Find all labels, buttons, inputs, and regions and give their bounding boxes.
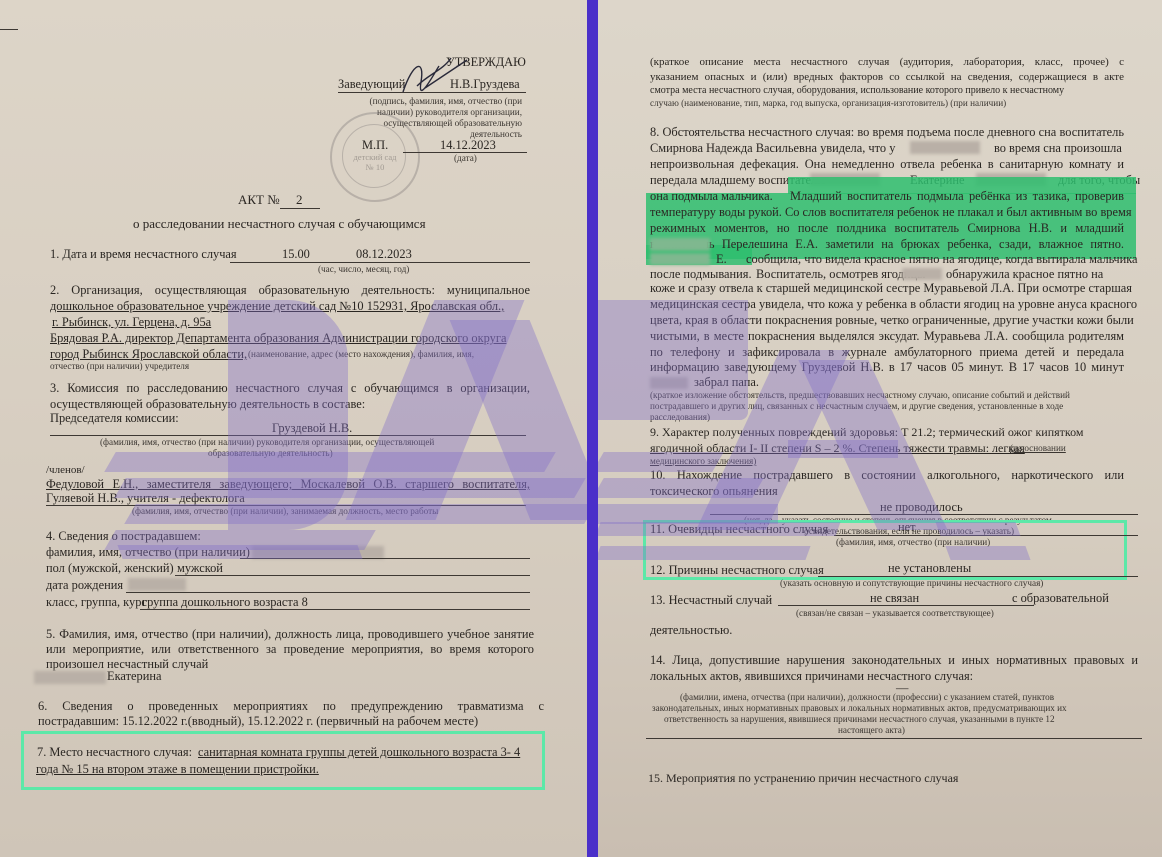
item8-line-11: коже и сразу отвела к старшей медицинско…	[650, 280, 1124, 296]
sex-value: мужской	[177, 560, 223, 576]
class-line	[140, 609, 530, 610]
victim-name-label: фамилия, имя, отчество (при наличии)	[46, 544, 250, 560]
redacted-child-name	[910, 141, 980, 154]
document-page-right: (краткое описание места несчастного случ…	[598, 0, 1162, 857]
incident-time: 15.00	[282, 246, 310, 262]
redacted-dob	[128, 578, 186, 591]
item2-caption-inline: (наименование, адрес (место нахождения),…	[248, 349, 474, 361]
members-line-2: Гуляевой Н.В., учителя - дефектолога	[46, 490, 245, 506]
item8-line-15: по телефону и зафиксировала в журнале ам…	[650, 344, 1124, 360]
act-title: АКТ №	[238, 192, 280, 208]
item8-caption-3: расследования)	[650, 412, 710, 424]
item8-line-16: информацию заведующему Груздевой Н.В. в …	[650, 359, 1124, 375]
item3-line-3: Председателя комиссии:	[50, 410, 179, 426]
item11-caption: (фамилия, имя, отчество (при наличии)	[836, 537, 990, 549]
class-label: класс, группа, курс	[46, 594, 147, 610]
item8-line-5b: Младший воспитатель подмыла ребёнка из т…	[790, 188, 1124, 204]
item8-line-3: непроизвольная дефекация. Она немедленно…	[650, 156, 1124, 172]
item14-line-1: 14. Лица, допустившие нарушения законода…	[650, 652, 1138, 668]
item10-line-2: токсического опьянения	[650, 483, 778, 499]
item7-label: 7. Место несчастного случая:	[37, 744, 192, 760]
redacted-child-name-3	[650, 377, 688, 389]
item1-caption: (час, число, месяц, год)	[318, 264, 409, 276]
item14-caption-1: (фамилии, имена, отчества (при наличии),…	[680, 692, 1054, 704]
stamp-text: детский сад № 10	[350, 152, 400, 172]
dob-label: дата рождения	[46, 577, 123, 593]
item15-label: 15. Мероприятия по устранению причин нес…	[648, 770, 958, 786]
item11-value: нет	[898, 519, 916, 535]
sex-label: пол (мужской, женский)	[46, 560, 174, 576]
item2-line-3: г. Рыбинск, ул. Герцена, д. 95а	[52, 314, 211, 330]
item8-line-9b: сообщила, что видела красное пятно на яг…	[746, 251, 1138, 267]
item13-caption: (связан/не связан – указывается соответс…	[796, 608, 994, 620]
item1-line	[230, 262, 530, 263]
item14-caption-4: настоящего акта)	[838, 725, 905, 737]
item8-caption-1: (краткое изложение обстоятельств, предше…	[650, 390, 1070, 402]
item1-label: 1. Дата и время несчастного случая	[50, 246, 237, 262]
chair-caption-1: (фамилия, имя, отчество (при наличии) ру…	[100, 437, 434, 449]
item12-label: 12. Причины несчастного случая	[650, 562, 824, 578]
item7-caption-4: случаю (наименование, тип, марка, год вы…	[650, 98, 1006, 110]
act-subtitle: о расследовании несчастного случая с обу…	[133, 216, 426, 232]
document-page-left: УТВЕРЖДАЮ Заведующий Н.В.Груздева (подпи…	[0, 0, 587, 857]
item13-line	[778, 605, 1034, 606]
item14-caption-3: ответственность за нарушения, явившиеся …	[664, 714, 1055, 726]
item14-caption-2: законодательных, иных нормативных правов…	[652, 703, 1067, 715]
item13-value: не связан	[870, 590, 919, 606]
item12-caption: (указать основную и сопутствующие причин…	[780, 578, 1043, 590]
approval-date-caption: (дата)	[454, 153, 477, 165]
item8-line-5a: она подмыла мальчика.	[650, 188, 773, 204]
official-stamp: детский сад № 10	[330, 112, 420, 202]
item8-line-1: 8. Обстоятельства несчастного случая: во…	[650, 124, 1124, 140]
victim-name-line	[240, 558, 530, 559]
commission-chair: Груздевой Н.В.	[272, 420, 352, 436]
act-number-line	[280, 208, 320, 209]
item9-line-1: 9. Характер полученных повреждений здоро…	[650, 424, 1083, 440]
item2-line-4: Брядовая Р.А. директор Департамента обра…	[50, 330, 506, 346]
item8-line-6: температуру воды рукой. Со слов воспитат…	[650, 204, 1132, 220]
item5-value: Екатерина	[107, 668, 161, 684]
item5-line-2: или мероприятие, или ответственного за п…	[46, 641, 534, 657]
item10-line-1: 10. Нахождение пострадавшего в состоянии…	[650, 467, 1124, 483]
incident-date: 08.12.2023	[356, 246, 412, 262]
item12-line	[818, 576, 1138, 577]
redacted-surname	[650, 253, 710, 265]
item11-label: 11. Очевидцы несчастного случая	[650, 521, 828, 537]
item7-value-line-2: года № 15 на втором этаже в помещении пр…	[36, 761, 319, 777]
item7-caption-1: (краткое описание места несчастного случ…	[650, 54, 1124, 70]
item14-line-2: локальных актов, явившихся причинами нес…	[650, 668, 973, 684]
dob-line	[126, 592, 530, 593]
sex-line	[175, 575, 530, 576]
seal-label: М.П.	[362, 137, 388, 153]
item13-line-2: деятельностью.	[650, 622, 732, 638]
item8-line-12: медицинская сестра увидела, что кожа у р…	[650, 296, 1124, 312]
redacted-assistant-name	[650, 238, 710, 251]
item9-line-2: ягодичной области I- II степени S – 2 %.…	[650, 440, 1025, 456]
item4-label: 4. Сведения о пострадавшем:	[46, 528, 201, 544]
item8-line-2a: Смирнова Надежда Васильевна увидела, что…	[650, 140, 895, 156]
item8-line-13: цвета, края в области покраснения ровные…	[650, 312, 1124, 328]
signature-icon	[395, 52, 475, 100]
item3-line-1: 3. Комиссия по расследованию несчастного…	[50, 380, 530, 396]
item7-caption-3: смотра места несчастного случая, оборудо…	[650, 83, 1064, 99]
edge-mark	[0, 29, 18, 30]
item8-line-17: забрал папа.	[694, 374, 759, 390]
item6-line-1: 6. Сведения о проведенных мероприятиях п…	[38, 698, 544, 714]
item7-value-line-1: санитарная комната группы детей дошкольн…	[198, 744, 520, 760]
members-caption: (фамилия, имя, отчество (при наличии), з…	[132, 506, 438, 518]
item8-line-2b: во время сна произошла	[994, 140, 1122, 156]
page-divider	[587, 0, 598, 857]
chair-caption-2: образовательную деятельность)	[208, 448, 333, 460]
item9-note-1: (на основании	[1010, 443, 1066, 455]
item8-line-9a: Е.	[716, 251, 727, 267]
approval-caption-1: (подпись, фамилия, имя, отчество (при	[358, 96, 522, 108]
item13-suffix: с образовательной	[1012, 590, 1109, 606]
approval-date: 14.12.2023	[440, 137, 496, 153]
item8-line-7: режимных моментов, но после полдника вос…	[650, 220, 1124, 236]
item14-line	[646, 738, 1142, 739]
redacted-child-name-2	[902, 268, 942, 280]
item8-caption-2: пострадавшего и других лиц, связанных с …	[650, 401, 1063, 413]
item8-line-14: чистыми, в месте покраснения выделялся э…	[650, 328, 1124, 344]
item2-line-2: дошкольное образовательное учреждение де…	[50, 298, 504, 314]
chair-line	[50, 435, 526, 436]
item8-line-8: воспитатель Перелешина Е.А. заметили на …	[650, 236, 1124, 252]
item2-line-5: город Рыбинск Ярославской области,	[50, 346, 247, 362]
redacted-staff-surname	[34, 671, 106, 684]
class-value: группа дошкольного возраста 8	[142, 594, 308, 610]
item2-caption-next: отчество (при наличии) учредителя	[50, 361, 189, 373]
act-number: 2	[296, 192, 303, 208]
item9-note-2: медицинского заключения)	[650, 456, 756, 468]
item13-label: 13. Несчастный случай	[650, 592, 772, 608]
item10-value: не проводилось	[880, 499, 963, 515]
item6-line-2: пострадавшим: 15.12.2022 г.(вводный), 15…	[38, 713, 478, 729]
item2-line-1: 2. Организация, осуществляющая образоват…	[50, 282, 530, 298]
item12-value: не установлены	[888, 560, 971, 576]
item11-line	[834, 535, 1138, 536]
item5-line-1: 5. Фамилия, имя, отчество (при наличии),…	[46, 626, 534, 642]
